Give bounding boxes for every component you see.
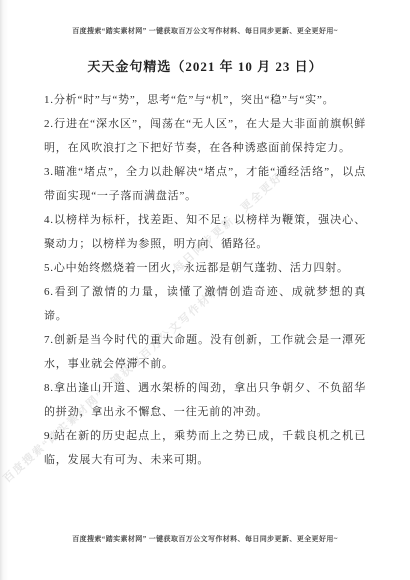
quote-item-6: 6.看到了激情的力量，读懂了激情创造奇迹、成就梦想的真谛。 xyxy=(44,280,366,328)
quote-item-2: 2.行进在“深水区”，闯荡在“无人区”，在大是大非面前旗帜鲜明，在风吹浪打之下把… xyxy=(44,112,366,160)
header-source-note: 百度搜索“踏实素材网” 一键获取百万公文写作材料、每日同步更新、更全更好用~ xyxy=(0,26,410,36)
quotes-list: 1.分析“时”与“势”，思考“危”与“机”，突出“稳”与“实”。 2.行进在“深… xyxy=(44,88,366,472)
quote-item-7: 7.创新是当今时代的重大命题。没有创新，工作就会是一潭死水，事业就会停滞不前。 xyxy=(44,328,366,376)
quote-item-5: 5.心中始终燃烧着一团火，永远都是朝气蓬勃、活力四射。 xyxy=(44,256,366,280)
footer-source-note: 百度搜索“踏实素材网” 一键获取百万公文写作材料、每日同步更新、更全更好用~ xyxy=(0,534,410,544)
quote-item-1: 1.分析“时”与“势”，思考“危”与“机”，突出“稳”与“实”。 xyxy=(44,88,366,112)
quote-item-3: 3.瞄准“堵点”，全力以赴解决“堵点”，才能“通经活络”，以点带面实现“一子落而… xyxy=(44,160,366,208)
document-page: 百度搜索“踏实素材网”一键获取百万公文写作材料 每日同步更新、更全更好用 百度搜… xyxy=(0,0,410,580)
page-title: 天天金句精选（2021 年 10 月 23 日） xyxy=(0,56,410,75)
quote-item-8: 8.拿出逢山开道、遇水架桥的闯劲，拿出只争朝夕、不负韶华的拼劲，拿出永不懈怠、一… xyxy=(44,376,366,424)
quote-item-4: 4.以榜样为标杆，找差距、知不足；以榜样为鞭策，强决心、聚动力；以榜样为参照，明… xyxy=(44,208,366,256)
quote-item-9: 9.站在新的历史起点上，乘势而上之势已成，千载良机之机已临，发展大有可为、未来可… xyxy=(44,424,366,472)
